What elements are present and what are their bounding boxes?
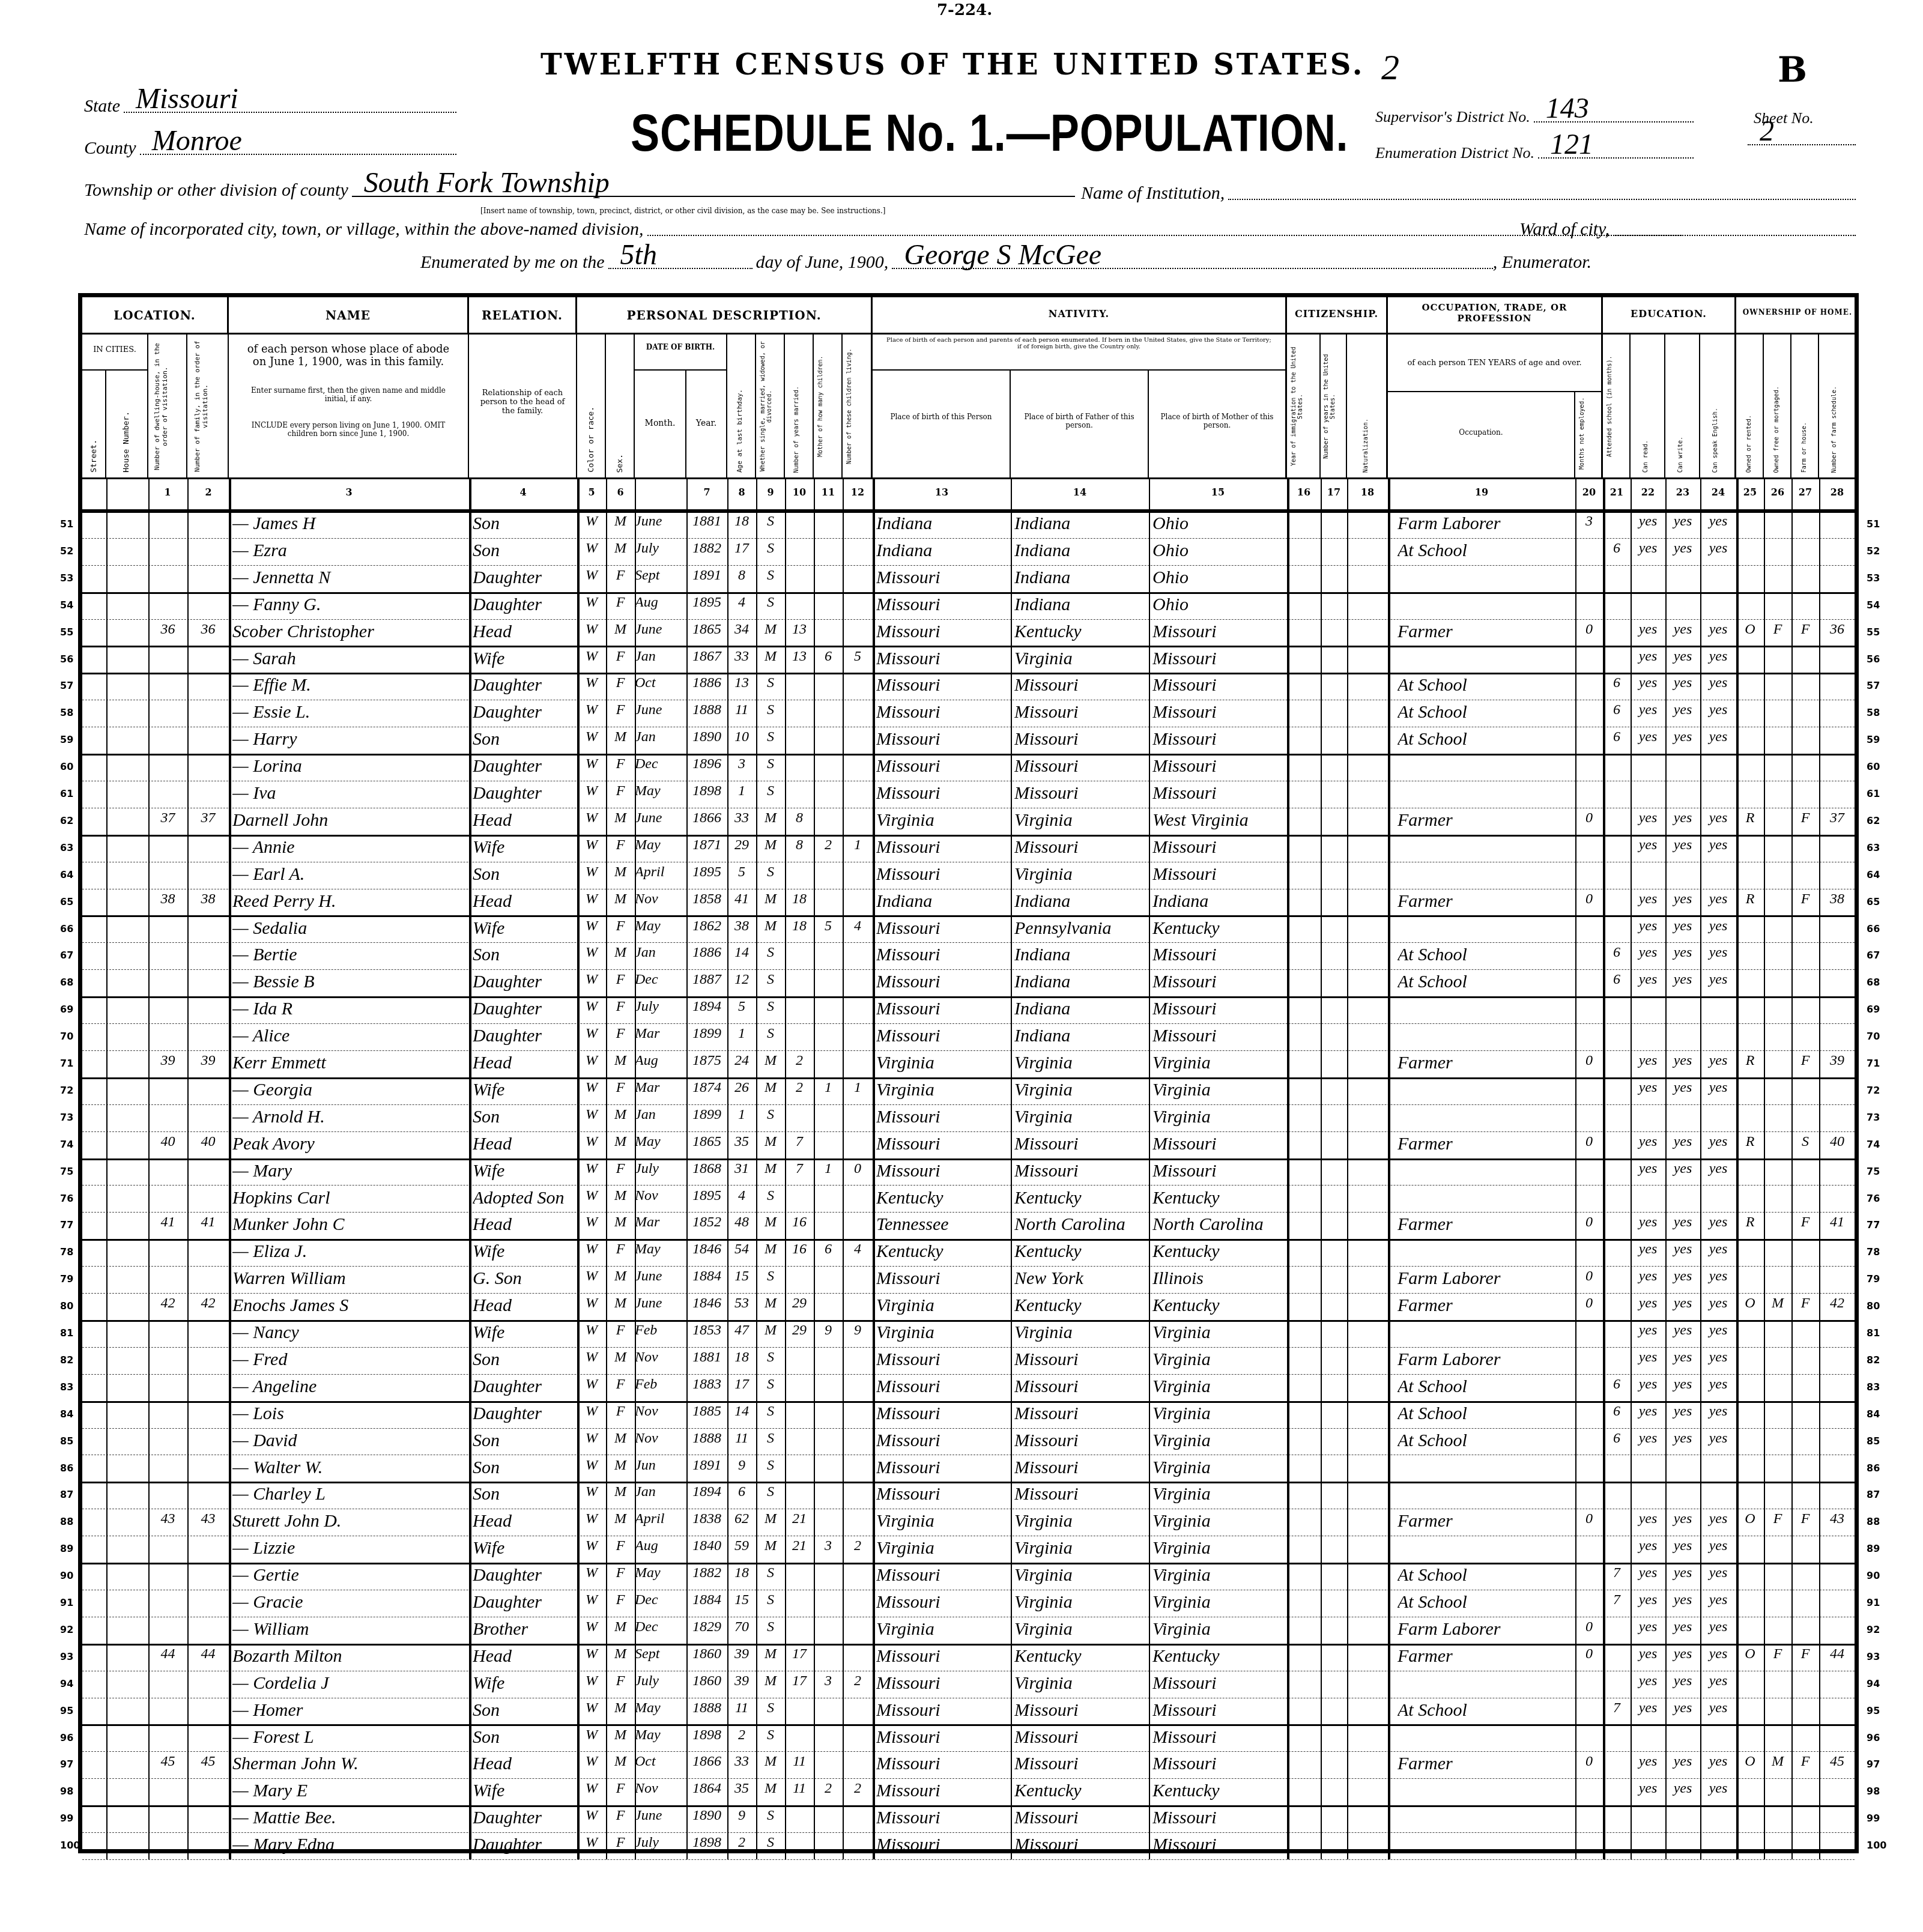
cell-month: Jan <box>635 729 686 745</box>
sheet-field: 2 <box>1748 144 1856 149</box>
cell-month: Jan <box>635 1107 686 1123</box>
cell-fp: Indiana <box>1014 891 1149 912</box>
cell-fp: Missouri <box>1014 783 1149 804</box>
cell-fam: 39 <box>187 1053 229 1069</box>
occupation-description: of each person TEN YEARS of age and over… <box>1388 335 1603 392</box>
cell-year: 1898 <box>686 1727 727 1743</box>
cell-ym: 7 <box>785 1161 814 1177</box>
cell-sex: M <box>606 1458 635 1474</box>
cell-color: W <box>577 1592 606 1608</box>
cell-fm: F <box>1764 1646 1791 1662</box>
cell-ms: S <box>756 999 785 1015</box>
cell-mp: Missouri <box>1152 675 1287 695</box>
cell-month: May <box>635 1700 686 1716</box>
group-personal-description: PERSONAL DESCRIPTION. <box>577 297 873 335</box>
cell-sex: F <box>606 1565 635 1581</box>
cell-bp: Virginia <box>876 1511 1011 1531</box>
line-number: 61 <box>60 788 73 799</box>
cell-rel: Daughter <box>473 1592 575 1613</box>
state-value: Missouri <box>136 82 238 115</box>
cell-year: 1886 <box>686 945 727 961</box>
cell-write: yes <box>1665 702 1700 718</box>
cell-sex: F <box>606 1835 635 1851</box>
table-row: — BertieSonWMJan188614SMissouriIndianaMi… <box>82 942 1855 970</box>
line-number: 67 <box>1867 949 1880 961</box>
cell-write: yes <box>1665 1214 1700 1231</box>
cell-rel: G. Son <box>473 1268 575 1289</box>
cell-fam: 38 <box>187 891 229 907</box>
cell-month: Nov <box>635 1349 686 1366</box>
cell-read: yes <box>1631 1241 1665 1258</box>
line-number: 94 <box>1867 1678 1880 1689</box>
county-field: County Monroe <box>84 138 456 159</box>
cell-ms: S <box>756 1727 785 1743</box>
line-number: 91 <box>60 1597 73 1608</box>
cell-mo: 6 <box>814 649 843 665</box>
cell-age: 17 <box>727 1376 756 1393</box>
cell-sex: M <box>606 1107 635 1123</box>
cell-age: 35 <box>727 1134 756 1150</box>
cell-month: Mar <box>635 1080 686 1096</box>
line-number: 97 <box>60 1758 73 1770</box>
cell-rel: Son <box>473 1349 575 1370</box>
birth-person-header: Place of birth of this Person <box>873 371 1011 477</box>
cell-age: 4 <box>727 1188 756 1204</box>
cell-sex: F <box>606 568 635 584</box>
cell-month: July <box>635 999 686 1015</box>
cell-ms: S <box>756 702 785 718</box>
table-row: — Mattie Bee.DaughterWFJune18909SMissour… <box>82 1805 1855 1833</box>
cell-read: yes <box>1631 837 1665 853</box>
column-divider <box>756 511 757 1859</box>
cell-fh: F <box>1791 810 1819 826</box>
cell-sex: M <box>606 1511 635 1527</box>
cell-bp: Missouri <box>876 595 1011 615</box>
cell-fp: Missouri <box>1014 1134 1149 1154</box>
line-number: 55 <box>60 626 73 638</box>
cell-own: R <box>1736 1053 1764 1069</box>
cell-bp: Virginia <box>876 1295 1011 1316</box>
cell-month: Feb <box>635 1322 686 1339</box>
cell-bp: Missouri <box>876 1161 1011 1181</box>
column-divider <box>1700 511 1701 1859</box>
cell-fp: Missouri <box>1014 1349 1149 1370</box>
cell-month: Jun <box>635 1458 686 1474</box>
cell-eng: yes <box>1700 972 1736 988</box>
cell-unemp: 0 <box>1575 1268 1603 1285</box>
cell-write: yes <box>1665 729 1700 745</box>
cell-name: — Walter W. <box>232 1458 467 1478</box>
line-number: 89 <box>1867 1543 1880 1554</box>
cell-rel: Brother <box>473 1619 575 1640</box>
line-number: 65 <box>1867 896 1880 907</box>
line-number: 58 <box>1867 707 1880 718</box>
cell-sex: M <box>606 945 635 961</box>
cell-ms: S <box>756 1808 785 1824</box>
cell-read: yes <box>1631 1646 1665 1662</box>
ward-label: Ward of city, <box>1519 219 1610 240</box>
line-number: 72 <box>60 1085 73 1096</box>
cell-farm: 41 <box>1819 1214 1855 1231</box>
cell-year: 1846 <box>686 1241 727 1258</box>
table-row: — NancyWifeWFFeb185347M2999VirginiaVirgi… <box>82 1320 1855 1348</box>
column-number: 22 <box>1641 486 1655 498</box>
cell-unemp: 0 <box>1575 1754 1603 1770</box>
cell-age: 12 <box>727 972 756 988</box>
cell-read: yes <box>1631 1161 1665 1177</box>
column-divider <box>1631 511 1632 1859</box>
cell-mp: Kentucky <box>1152 1781 1287 1801</box>
cell-name: Sherman John W. <box>232 1754 467 1774</box>
cell-month: Mar <box>635 1026 686 1042</box>
cell-dw: 41 <box>148 1214 187 1231</box>
column-number: 21 <box>1610 486 1623 498</box>
cell-rel: Adopted Son <box>473 1188 575 1208</box>
line-number: 95 <box>1867 1705 1880 1716</box>
cell-color: W <box>577 1241 606 1258</box>
cell-year: 1895 <box>686 1188 727 1204</box>
cell-liv: 1 <box>843 837 873 853</box>
cell-ym: 8 <box>785 810 814 826</box>
cell-name: — Bessie B <box>232 972 467 992</box>
cell-read: yes <box>1631 1376 1665 1393</box>
cell-year: 1865 <box>686 1134 727 1150</box>
cell-year: 1891 <box>686 1458 727 1474</box>
cell-month: July <box>635 1161 686 1177</box>
cell-eng: yes <box>1700 649 1736 665</box>
cell-fp: Missouri <box>1014 1376 1149 1397</box>
cell-month: Jan <box>635 1484 686 1500</box>
cell-mp: Missouri <box>1152 999 1287 1019</box>
cell-eng: yes <box>1700 1754 1736 1770</box>
table-row: 4444Bozarth MiltonHeadWMSept186039M17Mis… <box>82 1644 1855 1671</box>
cell-color: W <box>577 1268 606 1285</box>
table-row: 4545Sherman John W.HeadWMOct186633M11Mis… <box>82 1751 1855 1779</box>
table-row: 4040Peak AvoryHeadWMMay186535M7MissouriM… <box>82 1131 1855 1160</box>
cell-farm: 43 <box>1819 1511 1855 1527</box>
cell-occ: At School <box>1398 1376 1575 1397</box>
column-number: 10 <box>793 486 806 498</box>
cell-age: 24 <box>727 1053 756 1069</box>
line-number: 82 <box>60 1354 73 1366</box>
cell-occ: Farmer <box>1398 1134 1575 1154</box>
cell-ms: M <box>756 1781 785 1797</box>
cell-fp: Missouri <box>1014 1484 1149 1504</box>
cell-read: yes <box>1631 1781 1665 1797</box>
cell-year: 1882 <box>686 541 727 557</box>
column-number: 28 <box>1831 486 1844 498</box>
cell-eng: yes <box>1700 1619 1736 1635</box>
cell-eng: yes <box>1700 1376 1736 1393</box>
table-row: — Ida RDaughterWFJuly18945SMissouriIndia… <box>82 996 1855 1024</box>
cell-rel: Head <box>473 891 575 912</box>
cell-fp: Kentucky <box>1014 1781 1149 1801</box>
cell-year: 1899 <box>686 1107 727 1123</box>
cell-name: Darnell John <box>232 810 467 831</box>
cell-rel: Son <box>473 945 575 965</box>
cell-color: W <box>577 1322 606 1339</box>
cell-fp: Indiana <box>1014 972 1149 992</box>
can-write-header: Can write. <box>1665 335 1700 477</box>
line-number: 86 <box>60 1462 73 1474</box>
line-number: 93 <box>1867 1651 1880 1662</box>
cell-occ: Farm Laborer <box>1398 513 1575 534</box>
cell-write: yes <box>1665 649 1700 665</box>
cell-fp: Missouri <box>1014 1727 1149 1748</box>
cell-own: O <box>1736 1646 1764 1662</box>
cell-eng: yes <box>1700 1565 1736 1581</box>
cell-read: yes <box>1631 1134 1665 1150</box>
cell-fp: Virginia <box>1014 1619 1149 1640</box>
cell-ms: M <box>756 1080 785 1096</box>
cell-ms: S <box>756 1404 785 1420</box>
cell-fm: M <box>1764 1295 1791 1312</box>
line-number: 97 <box>1867 1758 1880 1770</box>
cell-read: yes <box>1631 729 1665 745</box>
cell-mp: Missouri <box>1152 1727 1287 1748</box>
cell-occ: At School <box>1398 1592 1575 1613</box>
cell-year: 1846 <box>686 1295 727 1312</box>
cell-age: 13 <box>727 675 756 691</box>
cell-rel: Wife <box>473 1241 575 1262</box>
cell-fh: F <box>1791 1646 1819 1662</box>
cell-name: — James H <box>232 513 467 534</box>
line-number: 77 <box>60 1219 73 1231</box>
color-header: Color or race. <box>577 335 606 477</box>
line-number: 74 <box>1867 1139 1880 1150</box>
cell-liv: 9 <box>843 1322 873 1339</box>
cell-fam: 45 <box>187 1754 229 1770</box>
cell-age: 38 <box>727 918 756 934</box>
line-number: 87 <box>60 1489 73 1500</box>
table-row: — Earl A.SonWMApril18955SMissouriVirgini… <box>82 862 1855 889</box>
cell-color: W <box>577 1511 606 1527</box>
cell-age: 11 <box>727 1431 756 1447</box>
table-row: — Jennetta NDaughterWFSept18918SMissouri… <box>82 565 1855 594</box>
column-divider <box>843 511 844 1859</box>
cell-occ: Farmer <box>1398 622 1575 642</box>
table-row: — SedaliaWifeWFMay186238M1854MissouriPen… <box>82 916 1855 943</box>
cell-fp: New York <box>1014 1268 1149 1289</box>
cell-name: — Harry <box>232 729 467 749</box>
column-divider <box>606 479 607 509</box>
cell-occ: Farmer <box>1398 810 1575 831</box>
cell-year: 1881 <box>686 513 727 530</box>
cell-rel: Head <box>473 1646 575 1667</box>
cell-write: yes <box>1665 1161 1700 1177</box>
cell-ms: M <box>756 649 785 665</box>
cell-rel: Wife <box>473 1161 575 1181</box>
cell-rel: Son <box>473 513 575 534</box>
cell-farm: 44 <box>1819 1646 1855 1662</box>
cell-color: W <box>577 756 606 772</box>
line-number: 56 <box>60 653 73 665</box>
line-number: 81 <box>1867 1327 1880 1339</box>
cell-eng: yes <box>1700 1511 1736 1527</box>
cell-sex: F <box>606 837 635 853</box>
cell-bp: Missouri <box>876 918 1011 939</box>
cell-write: yes <box>1665 1700 1700 1716</box>
cell-eng: yes <box>1700 1781 1736 1797</box>
cell-eng: yes <box>1700 1268 1736 1285</box>
cell-ms: M <box>756 891 785 907</box>
cell-bp: Missouri <box>876 1592 1011 1613</box>
cell-fp: Missouri <box>1014 756 1149 777</box>
column-divider <box>469 479 471 509</box>
age-header: Age at last birthday. <box>727 335 756 477</box>
cell-write: yes <box>1665 1781 1700 1797</box>
column-number: 23 <box>1676 486 1689 498</box>
cell-mp: Missouri <box>1152 729 1287 749</box>
cell-fh: F <box>1791 1053 1819 1069</box>
cell-eng: yes <box>1700 1404 1736 1420</box>
column-divider <box>1819 511 1820 1859</box>
cell-own: O <box>1736 1754 1764 1770</box>
line-number: 53 <box>1867 572 1880 584</box>
cell-write: yes <box>1665 972 1700 988</box>
cell-color: W <box>577 1026 606 1042</box>
cell-age: 34 <box>727 622 756 638</box>
cell-mo: 3 <box>814 1673 843 1689</box>
cell-sex: F <box>606 702 635 718</box>
cell-own: O <box>1736 1295 1764 1312</box>
cell-rel: Daughter <box>473 595 575 615</box>
cell-occ: At School <box>1398 945 1575 965</box>
cell-fp: Virginia <box>1014 1538 1149 1558</box>
table-row: — Bessie BDaughterWFDec188712SMissouriIn… <box>82 969 1855 998</box>
cell-eng: yes <box>1700 675 1736 691</box>
cell-unemp: 0 <box>1575 1511 1603 1527</box>
cell-ym: 2 <box>785 1080 814 1096</box>
cell-rel: Son <box>473 541 575 561</box>
table-row: — HomerSonWMMay188811SMissouriMissouriMi… <box>82 1698 1855 1727</box>
cell-eng: yes <box>1700 945 1736 961</box>
line-number: 56 <box>1867 653 1880 665</box>
sheet-page-number: 2 <box>1381 47 1399 88</box>
cell-month: Jan <box>635 945 686 961</box>
cell-rel: Daughter <box>473 1835 575 1855</box>
cell-occ: Farmer <box>1398 1646 1575 1667</box>
cell-read: yes <box>1631 1295 1665 1312</box>
column-divider <box>1388 511 1390 1859</box>
cell-mo: 6 <box>814 1241 843 1258</box>
cell-sch: 7 <box>1603 1565 1631 1581</box>
cell-color: W <box>577 1349 606 1366</box>
cell-ms: M <box>756 837 785 853</box>
cell-name: — Sedalia <box>232 918 467 939</box>
table-row: — DavidSonWMNov188811SMissouriMissouriVi… <box>82 1428 1855 1456</box>
column-divider <box>106 511 108 1859</box>
birth-mother-header: Place of birth of Mother of this person. <box>1149 371 1287 477</box>
cell-year: 1829 <box>686 1619 727 1635</box>
line-number: 53 <box>60 572 73 584</box>
cell-color: W <box>577 1376 606 1393</box>
cell-ms: S <box>756 1107 785 1123</box>
cell-bp: Kentucky <box>876 1241 1011 1262</box>
line-number: 59 <box>1867 734 1880 745</box>
cell-color: W <box>577 1404 606 1420</box>
cell-bp: Missouri <box>876 1026 1011 1046</box>
cell-occ: Farm Laborer <box>1398 1268 1575 1289</box>
cell-color: W <box>577 1431 606 1447</box>
cell-color: W <box>577 1835 606 1851</box>
cell-sex: F <box>606 1161 635 1177</box>
cell-read: yes <box>1631 1619 1665 1635</box>
cell-mp: Ohio <box>1152 595 1287 615</box>
cell-rel: Daughter <box>473 568 575 588</box>
cell-ms: S <box>756 972 785 988</box>
line-number: 66 <box>1867 923 1880 934</box>
in-cities-header: IN CITIES. <box>82 335 148 371</box>
birth-father-header: Place of birth of Father of this person. <box>1011 371 1149 477</box>
cell-farm: 38 <box>1819 891 1855 907</box>
enumeration-district-field: Enumeration District No. 121 <box>1375 144 1694 162</box>
cell-year: 1896 <box>686 756 727 772</box>
cell-sex: M <box>606 1619 635 1635</box>
cell-fp: Missouri <box>1014 675 1149 695</box>
cell-fam: 41 <box>187 1214 229 1231</box>
column-divider <box>1287 479 1289 509</box>
cell-mp: Missouri <box>1152 864 1287 885</box>
table-row: — GeorgiaWifeWFMar187426M211VirginiaVirg… <box>82 1077 1855 1105</box>
cell-month: June <box>635 702 686 718</box>
line-number: 99 <box>60 1812 73 1824</box>
cell-color: W <box>577 729 606 745</box>
cell-fh: F <box>1791 1511 1819 1527</box>
cell-age: 29 <box>727 837 756 853</box>
cell-age: 11 <box>727 1700 756 1716</box>
cell-sch: 7 <box>1603 1592 1631 1608</box>
enumeration-value: 121 <box>1550 128 1593 161</box>
cell-ms: M <box>756 810 785 826</box>
mother-of-header: Mother of how many children. <box>814 335 843 477</box>
cell-bp: Missouri <box>876 1349 1011 1370</box>
cell-month: June <box>635 1295 686 1312</box>
name-instruction-1: Enter surname first, then the given name… <box>247 386 450 403</box>
table-header: LOCATION. NAME RELATION. PERSONAL DESCRI… <box>82 297 1855 477</box>
cell-dw: 44 <box>148 1646 187 1662</box>
cell-year: 1840 <box>686 1538 727 1554</box>
cell-age: 62 <box>727 1511 756 1527</box>
cell-color: W <box>577 1646 606 1662</box>
cell-mp: Missouri <box>1152 756 1287 777</box>
cell-rel: Son <box>473 1107 575 1127</box>
table-body: — James HSonWMJune188118SIndianaIndianaO… <box>82 511 1855 1859</box>
cell-rel: Daughter <box>473 1565 575 1585</box>
table-row: — HarrySonWMJan189010SMissouriMissouriMi… <box>82 727 1855 756</box>
cell-unemp: 3 <box>1575 513 1603 530</box>
cell-mp: Missouri <box>1152 783 1287 804</box>
cell-bp: Virginia <box>876 1053 1011 1073</box>
cell-year: 1867 <box>686 649 727 665</box>
cell-bp: Missouri <box>876 1376 1011 1397</box>
cell-eng: yes <box>1700 1053 1736 1069</box>
cell-age: 31 <box>727 1161 756 1177</box>
cell-month: Nov <box>635 1781 686 1797</box>
line-number: 93 <box>60 1651 73 1662</box>
cell-write: yes <box>1665 1404 1700 1420</box>
cell-dw: 36 <box>148 622 187 638</box>
cell-color: W <box>577 1673 606 1689</box>
cell-rel: Wife <box>473 918 575 939</box>
cell-age: 33 <box>727 810 756 826</box>
cell-mp: Missouri <box>1152 1700 1287 1721</box>
cell-month: Oct <box>635 1754 686 1770</box>
cell-month: June <box>635 1808 686 1824</box>
cell-liv: 2 <box>843 1538 873 1554</box>
cell-year: 1899 <box>686 1026 727 1042</box>
cell-write: yes <box>1665 810 1700 826</box>
